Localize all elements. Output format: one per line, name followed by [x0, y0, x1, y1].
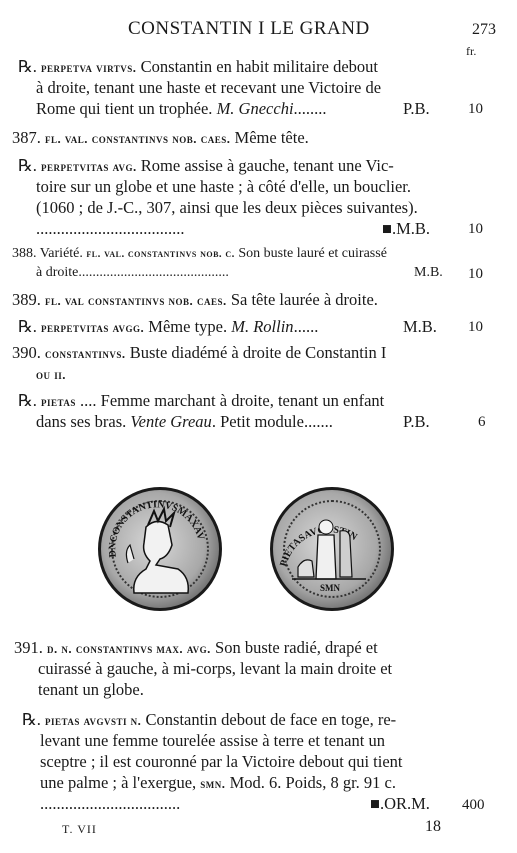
- coin-reverse-image: PIETASAVGVSTIN SMN: [270, 487, 394, 611]
- entry-387-rev-price: 10: [468, 221, 483, 238]
- entry-391-rev-line-2: levant une femme tourelée assise à terre…: [40, 731, 385, 751]
- running-title: CONSTANTIN I LE GRAND: [128, 18, 370, 40]
- page-number: 273: [472, 21, 496, 39]
- entry-number: 390.: [12, 343, 41, 362]
- emperor-bust-icon: DNCONSTANTINVSMAXAVG: [98, 487, 216, 605]
- entry-389-rev-price: 10: [468, 319, 483, 336]
- price-unit-label: fr.: [466, 42, 476, 60]
- entry-390-line-1: 390. CONSTANTINVS. Buste diadémé à droit…: [12, 343, 386, 364]
- entry-388-line-2: à droite................................…: [36, 264, 229, 282]
- entry-387-rev-line-1: ℞. PERPETVITAS AVG. Rome assise à gauche…: [18, 156, 394, 177]
- entry-391-rev-line-1: ℞. PIETAS AVGVSTI N. Constantin debout d…: [22, 710, 396, 731]
- coin-obverse-image: DNCONSTANTINVSMAXAVG: [98, 487, 222, 611]
- entry-number: 388.: [12, 246, 37, 261]
- entry-390-rev-line-1: ℞. PIETAS .... Femme marchant à droite, …: [18, 391, 384, 412]
- entry-number: 391.: [14, 638, 43, 657]
- entry-390-line-2: ou II.: [36, 364, 66, 385]
- entry-number: 389.: [12, 290, 41, 309]
- entry-number: 387.: [12, 128, 41, 147]
- entry-387-line-1: 387. FL. VAL. CONSTANTINVS NOB. CAES. Mê…: [12, 128, 309, 149]
- entry-386-rev-price: 10: [468, 101, 483, 118]
- entry-391-rev-price: 400: [462, 797, 485, 814]
- entry-388-price: 10: [468, 266, 483, 283]
- entry-390-rev-grade: P.B.: [403, 412, 430, 432]
- standing-figures-icon: PIETASAVGVSTIN SMN: [270, 487, 388, 605]
- entry-386-rev-grade: P.B.: [403, 99, 430, 119]
- entry-387-rev-dots: ....................................: [36, 219, 185, 239]
- entry-386-rev-line-3: Rome qui tient un trophée. M. Gnecchi...…: [36, 99, 327, 119]
- volume-signature: T. VII: [62, 820, 97, 838]
- entry-391-rev-line-3: sceptre ; il est couronné par la Victoir…: [40, 752, 403, 772]
- entry-391-rev-dots: ..................................: [40, 794, 180, 814]
- entry-388-line-1: 388. Variété. FL. VAL. CONSTANTINVS NOB.…: [12, 245, 387, 263]
- entry-388-grade: M.B.: [414, 264, 443, 282]
- entry-391-line-1: 391. D. N. CONSTANTINVS MAX. AVG. Son bu…: [14, 638, 378, 659]
- entry-387-rev-grade: ■.M.B.: [382, 219, 430, 239]
- entry-387-rev-line-3: (1060 ; de J.-C., 307, ainsi que les deu…: [36, 198, 418, 218]
- entry-389-rev-line-1: ℞. PERPETVITAS AVGG. Même type. M. Rolli…: [18, 317, 318, 338]
- entry-390-rev-line-2: dans ses bras. Vente Greau. Petit module…: [36, 412, 333, 432]
- svg-text:SMN: SMN: [320, 583, 341, 593]
- sheet-signature: 18: [425, 818, 441, 836]
- entry-389-rev-grade: M.B.: [403, 317, 437, 337]
- entry-391-rev-line-4: une palme ; à l'exergue, SMN. Mod. 6. Po…: [40, 773, 396, 794]
- entry-391-rev-grade: ■.OR.M.: [370, 794, 430, 814]
- entry-390-rev-price: 6: [478, 414, 486, 431]
- entry-391-line-2: cuirassé à gauche, à mi-corps, levant la…: [38, 659, 392, 679]
- entry-386-rev-line-2: à droite, tenant une haste et recevant u…: [36, 78, 381, 98]
- entry-387-rev-line-2: toire sur un globe et une haste ; à côté…: [36, 177, 411, 197]
- entry-391-line-3: tenant un globe.: [38, 680, 144, 700]
- entry-389-line-1: 389. FL. VAL CONSTANTINVS NOB. CAES. Sa …: [12, 290, 378, 311]
- entry-386-rev-line-1: ℞. PERPETVA VIRTVS. Constantin en habit …: [18, 57, 378, 78]
